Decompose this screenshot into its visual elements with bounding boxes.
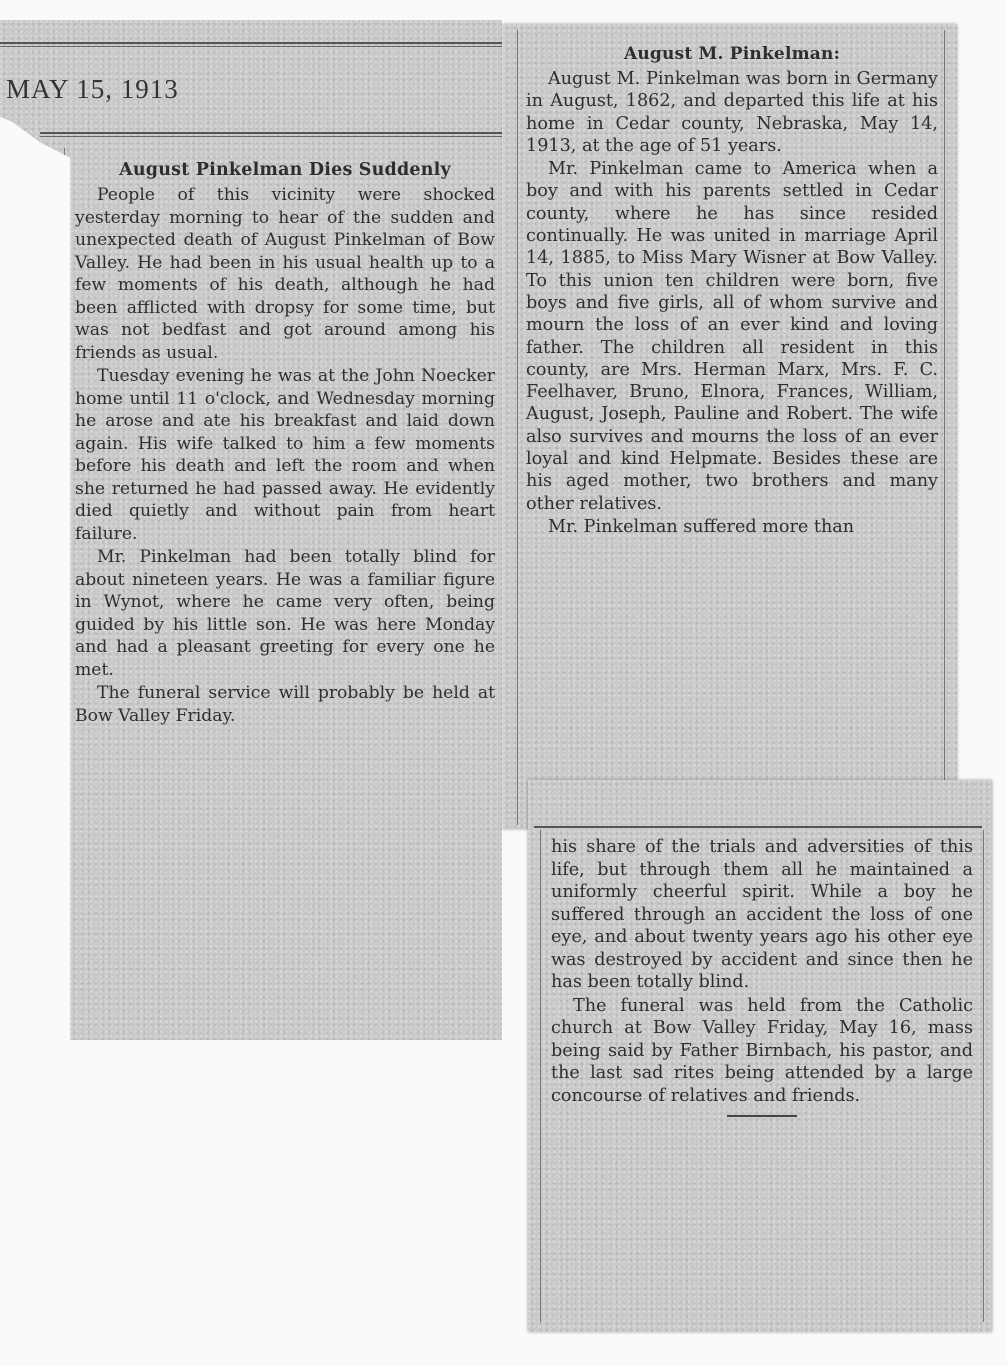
article-left-paragraph: The funeral service will probably be hel… <box>75 682 495 727</box>
article-right-continuation-paragraph: his share of the trials and adversities … <box>551 836 973 994</box>
end-of-article-rule <box>727 1115 797 1117</box>
article-left-paragraph: Mr. Pinkelman had been totally blind for… <box>75 546 495 681</box>
masthead-rule-top <box>0 42 502 47</box>
article-right-continuation-paragraph: The funeral was held from the Catholic c… <box>551 995 973 1108</box>
masthead-rule-bottom <box>40 132 502 137</box>
masthead-date: MAY 15, 1913 <box>6 74 179 105</box>
article-left-paragraph: People of this vicinity were shocked yes… <box>75 184 495 364</box>
article-right-continuation: his share of the trials and adversities … <box>540 830 984 1322</box>
article-left-headline: August Pinkelman Dies Suddenly <box>75 160 495 180</box>
article-right-headline: August M. Pinkelman: <box>526 44 938 64</box>
article-right-paragraph: Mr. Pinkelman suffered more than <box>526 516 938 538</box>
article-left-paragraph: Tuesday evening he was at the John Noeck… <box>75 365 495 545</box>
article-right-paragraph: Mr. Pinkelman came to America when a boy… <box>526 158 938 515</box>
clipping-right-upper: August M. Pinkelman: August M. Pinkelman… <box>503 24 957 829</box>
article-right-paragraph: August M. Pinkelman was born in Germany … <box>526 68 938 157</box>
clipping-right-lower: his share of the trials and adversities … <box>528 780 992 1332</box>
article-left: August Pinkelman Dies Suddenly People of… <box>64 148 504 1038</box>
column-break-rule <box>534 826 982 828</box>
article-right: August M. Pinkelman: August M. Pinkelman… <box>517 30 945 825</box>
clipping-left: MAY 15, 1913 August Pinkelman Dies Sudde… <box>0 20 502 1040</box>
